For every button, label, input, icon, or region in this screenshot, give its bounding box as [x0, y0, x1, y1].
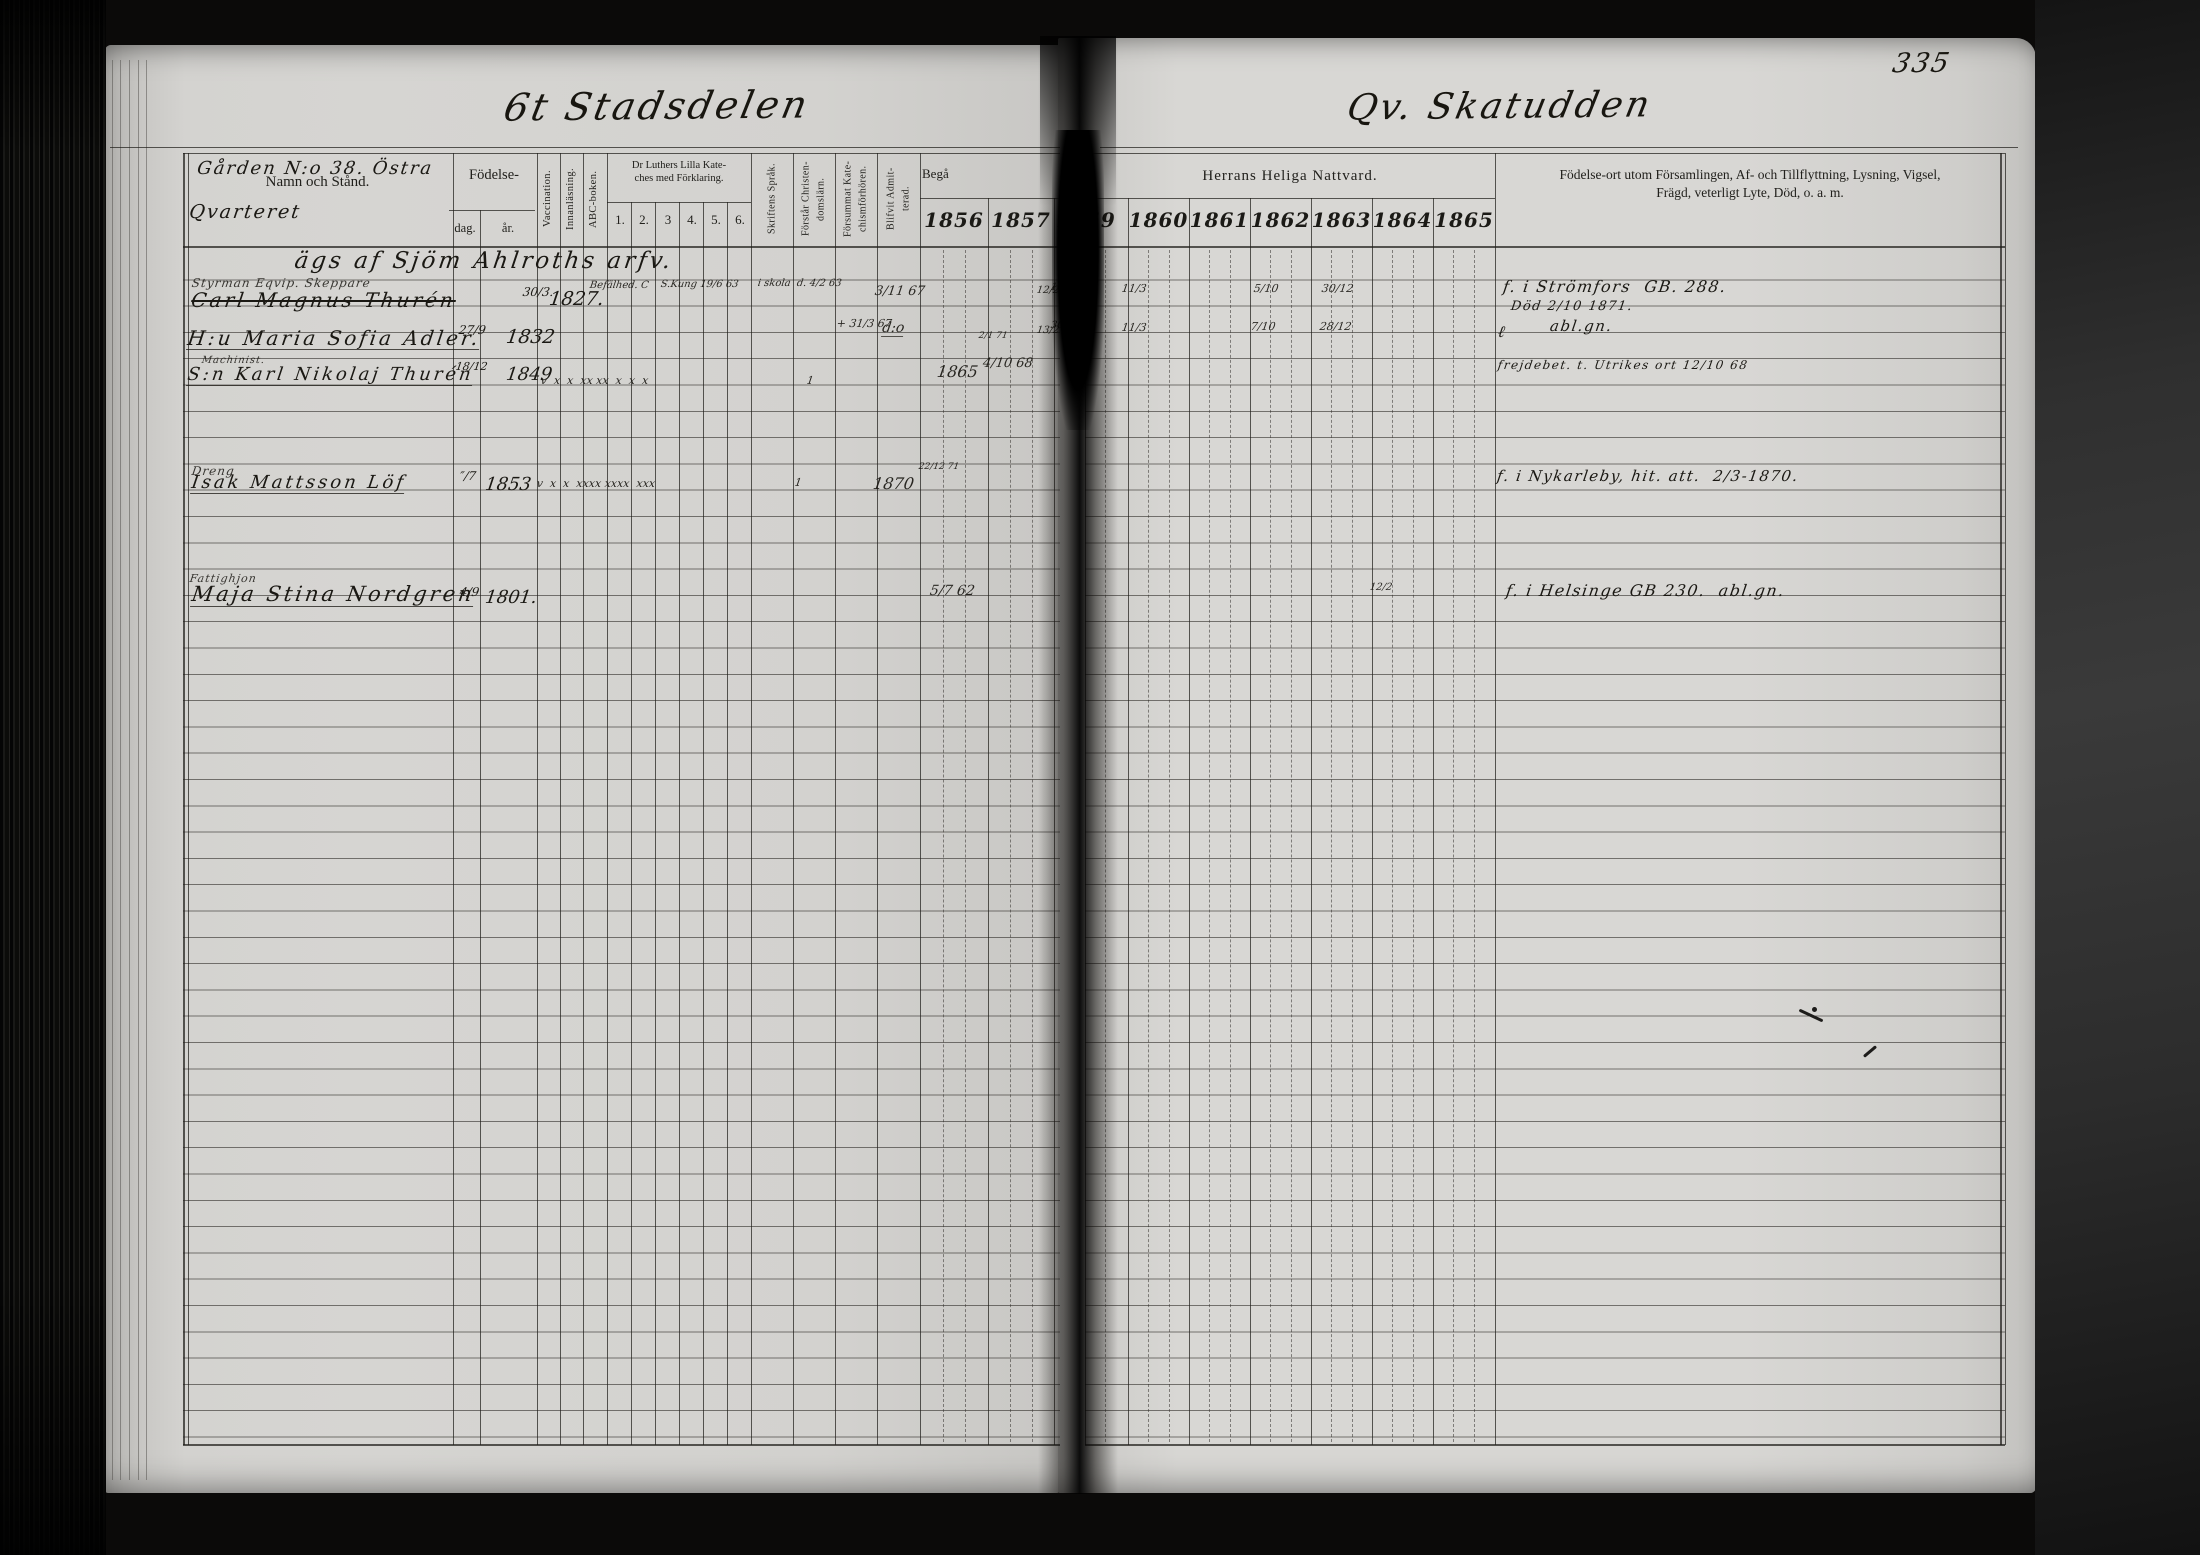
year-header-1861: 1861 — [1189, 208, 1250, 232]
year-header-1860: 1860 — [1128, 208, 1189, 232]
ledger-mark: 3/11 67 — [874, 285, 926, 298]
table-column-rule — [1372, 198, 1373, 1445]
birth-date: ″/7 — [459, 470, 477, 482]
table-subcolumn-dashed-rule — [1032, 250, 1033, 1442]
ledger-mark: 11/3 — [1121, 322, 1147, 333]
table-column-rule — [1054, 198, 1055, 1445]
column-header-katekes-line1: Dr Luthers Lilla Kate- — [609, 160, 749, 172]
table-column-rule — [920, 153, 921, 1445]
katekes-subcolumn-3: 3 — [657, 212, 679, 228]
katekes-subcolumn-6: 6. — [729, 212, 751, 228]
table-horizontal-rule — [183, 1444, 1060, 1446]
book-page-edges — [138, 60, 139, 1480]
right-page-ruled-lines — [1085, 254, 2005, 1440]
table-subcolumn-dashed-rule — [1453, 250, 1454, 1442]
book-spine-shade — [0, 0, 106, 1555]
page-number: 335 — [1890, 48, 1954, 80]
table-column-rule — [727, 202, 728, 1445]
table-horizontal-rule — [1100, 147, 2018, 148]
table-column-rule — [1189, 198, 1190, 1445]
table-column-rule — [2000, 153, 2002, 1445]
note: f. i Helsinge GB 230. abl.gn. — [1505, 583, 1786, 599]
table-subcolumn-dashed-rule — [1010, 250, 1011, 1442]
column-header-qvarteret: Qvarteret — [188, 203, 302, 222]
ledger-mark: 30/12 — [1321, 283, 1354, 294]
table-horizontal-rule — [110, 147, 1060, 148]
column-header-notes-line1: Födelse-ort utom Församlingen, Af- och T… — [1503, 166, 1997, 184]
column-header-vaccination: Vaccination. — [539, 153, 556, 245]
ledger-mark: 22/12 71 — [918, 463, 960, 472]
table-column-rule — [703, 202, 704, 1445]
person-name: H:u Maria Sofia Adler. — [186, 328, 482, 350]
note: abl.gn. — [1549, 319, 1614, 334]
table-column-rule — [1311, 198, 1312, 1445]
column-header-forstar-line1: Förstår Christen- — [799, 153, 813, 245]
scanned-ledger-spread: 335 6t Stadsdelen Qv. Skatudden Gården N… — [0, 0, 2200, 1555]
person-name: Isak Mattsson Löf — [190, 474, 407, 494]
table-column-rule — [560, 153, 561, 1445]
table-subcolumn-dashed-rule — [1352, 250, 1353, 1442]
table-column-rule — [183, 153, 185, 1445]
table-column-rule — [679, 202, 680, 1445]
book-page-edges — [120, 60, 121, 1480]
note: frejdebet. t. Utrikes ort 12/10 68 — [1497, 359, 1749, 371]
ledger-mark: 7/10 — [1250, 321, 1276, 332]
book-page-edges — [129, 60, 130, 1480]
year-header-1862: 1862 — [1250, 208, 1311, 232]
table-column-rule — [1250, 198, 1251, 1445]
table-horizontal-rule — [1085, 246, 2005, 248]
column-header-namn-och-stand: Namn och Stånd. — [185, 174, 450, 191]
year-header-1858-partial: 18 — [1056, 208, 1086, 232]
birth-date: 18/12 — [455, 361, 488, 372]
table-column-rule — [607, 153, 608, 1445]
birth-date: 27/9 — [458, 324, 487, 336]
table-column-rule — [2005, 153, 2006, 1445]
ledger-mark: i skola d. 4/2 63 — [757, 279, 842, 289]
column-header-forsummat-line2: chismförhören. — [856, 153, 870, 245]
katekes-subcolumn-4: 4. — [681, 212, 703, 228]
book-page-edges — [146, 60, 147, 1480]
table-horizontal-rule — [449, 210, 535, 211]
birth-year: 1832 — [505, 328, 556, 347]
table-subcolumn-dashed-rule — [1474, 250, 1475, 1442]
column-header-ar: år. — [482, 221, 534, 236]
ledger-mark: 11/3 — [1121, 283, 1147, 294]
ledger-mark: 5/10 — [1253, 283, 1279, 294]
table-column-rule — [655, 202, 656, 1445]
year-header-1857: 1857 — [988, 208, 1054, 232]
ledger-mark: v x x xx xx x x x — [540, 375, 649, 386]
person-name: Maja Stina Nordgren — [190, 584, 476, 607]
left-page-ruled-lines — [183, 254, 1060, 1440]
birth-year: 1853 — [484, 476, 532, 494]
ledger-mark: v x x xxxx xxxx xxx — [536, 478, 656, 489]
person-name: Carl Magnus Thurén — [190, 290, 457, 310]
table-horizontal-rule — [183, 153, 1060, 154]
birth-year: 1801. — [484, 589, 538, 607]
table-subcolumn-dashed-rule — [1209, 250, 1210, 1442]
ledger-mark: 1870 — [872, 476, 915, 492]
table-column-rule — [835, 153, 836, 1445]
table-column-rule — [1128, 198, 1129, 1445]
table-column-rule — [988, 198, 989, 1445]
table-subcolumn-dashed-rule — [1230, 250, 1231, 1442]
birth-date: 4/9 — [459, 586, 480, 598]
ledger-mark: 30/3 — [1050, 321, 1074, 331]
column-header-begatt-partial: Begå — [922, 166, 949, 182]
table-subcolumn-dashed-rule — [1291, 250, 1292, 1442]
column-header-forstar-line2: domslärn. — [814, 153, 828, 245]
table-horizontal-rule — [1085, 153, 2005, 154]
column-header-innanlasning: Innanläsning. — [562, 153, 579, 245]
table-column-rule — [1433, 198, 1434, 1445]
ledger-mark: 12/2 — [1369, 583, 1393, 593]
table-subcolumn-dashed-rule — [943, 250, 944, 1442]
ledger-mark: 28/12 — [1319, 321, 1352, 332]
ledger-mark: 5/7 62 — [929, 584, 976, 598]
column-header-fodelse: Födelse- — [450, 167, 538, 184]
year-header-1863: 1863 — [1311, 208, 1372, 232]
table-column-rule — [583, 153, 584, 1445]
table-horizontal-rule — [1085, 198, 1495, 199]
table-horizontal-rule — [920, 198, 1060, 199]
table-column-rule — [480, 210, 481, 1445]
right-page-title: Qv. Skatudden — [1344, 84, 1657, 128]
column-header-notes-line2: Frägd, veterligt Lyte, Död, o. a. m. — [1503, 184, 1997, 202]
column-header-dag: dag. — [449, 221, 481, 236]
table-subcolumn-dashed-rule — [1392, 250, 1393, 1442]
table-column-rule — [877, 153, 878, 1445]
scan-background-right — [2035, 0, 2200, 1555]
column-header-nattvard: Herrans Heliga Nattvard. — [1085, 168, 1495, 185]
ledger-mark: S.Kung 19/6 63 — [660, 280, 739, 290]
table-column-rule — [751, 153, 752, 1445]
year-header-1859-partial: 59 — [1086, 208, 1124, 232]
column-header-abc-boken: ABC-boken. — [585, 153, 602, 245]
table-column-rule — [631, 202, 632, 1445]
ledger-mark: Befälhed. C — [589, 281, 649, 291]
ink-smudge — [1812, 1007, 1817, 1012]
note: f. i Strömfors GB. 288. — [1502, 279, 1728, 295]
table-subcolumn-dashed-rule — [1148, 250, 1149, 1442]
table-subcolumn-dashed-rule — [1413, 250, 1414, 1442]
table-subcolumn-dashed-rule — [1331, 250, 1332, 1442]
column-header-blifvit-line2: terad. — [899, 153, 913, 245]
year-header-1864: 1864 — [1372, 208, 1433, 232]
katekes-subcolumn-5: 5. — [705, 212, 727, 228]
column-header-skriftens-sprak: Skriftens Språk. — [762, 153, 782, 245]
table-subcolumn-dashed-rule — [1105, 250, 1106, 1442]
table-subcolumn-dashed-rule — [1169, 250, 1170, 1442]
note: f. i Nykarleby, hit. att. 2/3-1870. — [1496, 469, 1800, 484]
table-column-rule — [1085, 153, 1086, 1445]
year-header-1856: 1856 — [920, 208, 988, 232]
group-heading: ägs af Sjöm Ahlroths arfv. — [293, 250, 675, 273]
birth-year: 1827. — [548, 290, 605, 309]
ledger-mark: 1865 — [936, 364, 979, 380]
table-column-rule — [1495, 153, 1496, 1445]
book-page-edges — [112, 60, 113, 1480]
katekes-subcolumn-2: 2. — [633, 212, 655, 228]
column-header-katekes-line2: ches med Förklaring. — [609, 173, 749, 185]
person-name: S:n Karl Nikolaj Thurén — [186, 366, 475, 386]
ledger-mark: 2/1 71 — [978, 332, 1008, 341]
table-horizontal-rule — [1085, 1444, 2005, 1446]
ledger-mark: 10/3 — [1050, 283, 1074, 293]
table-horizontal-rule — [607, 202, 751, 203]
katekes-subcolumn-1: 1. — [609, 212, 631, 228]
column-header-forsummat-line1: Försummat Kate- — [841, 153, 855, 245]
note: Död 2/10 1871. — [1510, 300, 1634, 313]
left-page-title: 6t Stadsdelen — [500, 82, 814, 129]
table-subcolumn-dashed-rule — [1270, 250, 1271, 1442]
ledger-mark: 4/10 68 — [982, 357, 1034, 370]
table-subcolumn-dashed-rule — [965, 250, 966, 1442]
ledger-mark: d:o — [881, 321, 905, 337]
column-header-blifvit-line1: Blifvit Admit- — [884, 153, 898, 245]
year-header-1865: 1865 — [1433, 208, 1495, 232]
table-column-rule — [793, 153, 794, 1445]
